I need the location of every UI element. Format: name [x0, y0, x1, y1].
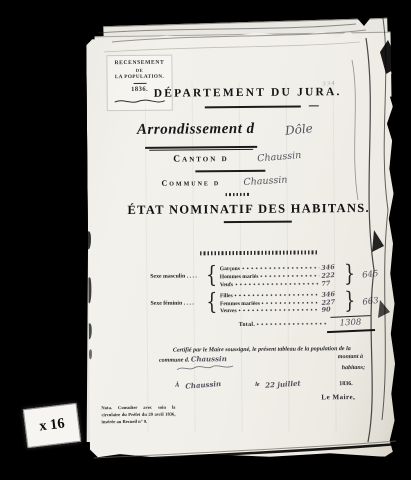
commune-handwritten-value: Chaussin — [243, 174, 288, 188]
illegible-handwriting-squiggle — [175, 363, 237, 373]
row-label: Femmes mariées — [220, 300, 260, 306]
dot-leader — [262, 299, 320, 305]
row-label: Veuves — [220, 309, 237, 315]
stamp-line1: RECENSEMENT — [107, 60, 171, 67]
subtotal-feminin: 663 — [362, 295, 379, 307]
row-label: Garçons — [220, 266, 240, 272]
handwritten-page-number: 334 — [322, 81, 336, 88]
table-group-masculin: Sexe masculin { Garçons 346 Hommes marié… — [150, 263, 378, 289]
row-value: 77 — [321, 278, 342, 288]
dot-leader — [260, 272, 319, 278]
certification-place-label: À — [175, 382, 179, 390]
rule-dash — [309, 105, 319, 106]
dot-leader — [242, 264, 319, 270]
scale-tag: x 16 — [23, 403, 81, 448]
total-row: Total. 1308 — [239, 316, 371, 330]
mayor-signature-label: Le Maire, — [159, 393, 355, 405]
census-stamp: RECENSEMENT DE LA POPULATION. 1836. — [106, 55, 172, 112]
edge-stain — [89, 349, 92, 359]
department-title: DÉPARTEMENT DU JURA. — [94, 86, 402, 101]
decorative-hatch-band — [200, 250, 318, 255]
left-brace: { — [206, 265, 217, 288]
dot-leader — [239, 307, 320, 313]
certification-place-handwritten: Chaussin — [185, 379, 222, 392]
certification-date-handwritten: 22 juillet — [265, 379, 301, 391]
scale-tag-label: x 16 — [38, 416, 65, 436]
table-row: Veufs 77 — [220, 279, 342, 288]
certification-date-label: le — [255, 381, 259, 389]
stamp-line3: LA POPULATION. — [108, 74, 172, 81]
population-table: Sexe masculin { Garçons 346 Hommes marié… — [150, 263, 378, 318]
rule — [149, 149, 253, 151]
page-title: ÉTAT NOMINATIF DES HABITANS. — [95, 201, 403, 219]
certification-montant-label: montant à — [338, 353, 363, 364]
table-group-feminin: Sexe féminin { Filles 346 Femmes mariées… — [150, 289, 378, 315]
arrondissement-label: Arrondissement d — [137, 121, 255, 139]
subtotal-masculin: 645 — [362, 269, 379, 281]
stamp-separator — [133, 82, 146, 83]
rule — [195, 170, 265, 172]
rule — [224, 221, 292, 223]
table-row: Veuves 90 — [220, 306, 342, 315]
left-brace: { — [206, 291, 217, 314]
stamp-line2: DE — [107, 67, 171, 73]
dot-leader — [235, 291, 320, 297]
rule — [145, 146, 257, 148]
arrondissement-handwritten-value: Dôle — [284, 121, 313, 138]
census-document-page: RECENSEMENT DE LA POPULATION. 1836. DÉPA… — [86, 29, 398, 460]
right-brace: } — [344, 263, 355, 286]
row-value: 90 — [321, 305, 342, 315]
row-label: Filles — [220, 293, 233, 299]
edge-stain — [86, 231, 91, 249]
printed-footnote: Nota. Consulter avec soin la circulaire … — [101, 405, 175, 426]
total-label: Total. — [239, 322, 255, 328]
row-label: Hommes mariés — [220, 274, 259, 280]
certification-block: Certifié par le Maire soussigné, le prés… — [159, 345, 367, 405]
canton-handwritten-value: Chaussin — [257, 150, 302, 164]
dot-leader — [257, 320, 329, 326]
dot-leader — [235, 280, 320, 286]
total-handwritten-value: 1308 — [331, 315, 371, 330]
group-label: Sexe féminin — [150, 300, 204, 306]
commune-label: Commune d — [161, 178, 220, 188]
right-brace: } — [344, 290, 355, 313]
group-label: Sexe masculin — [150, 273, 204, 279]
row-label: Veufs — [220, 282, 233, 288]
canton-label: Canton d — [173, 154, 229, 164]
hatch-rule — [226, 193, 250, 196]
certification-year: 1836. — [339, 380, 353, 389]
